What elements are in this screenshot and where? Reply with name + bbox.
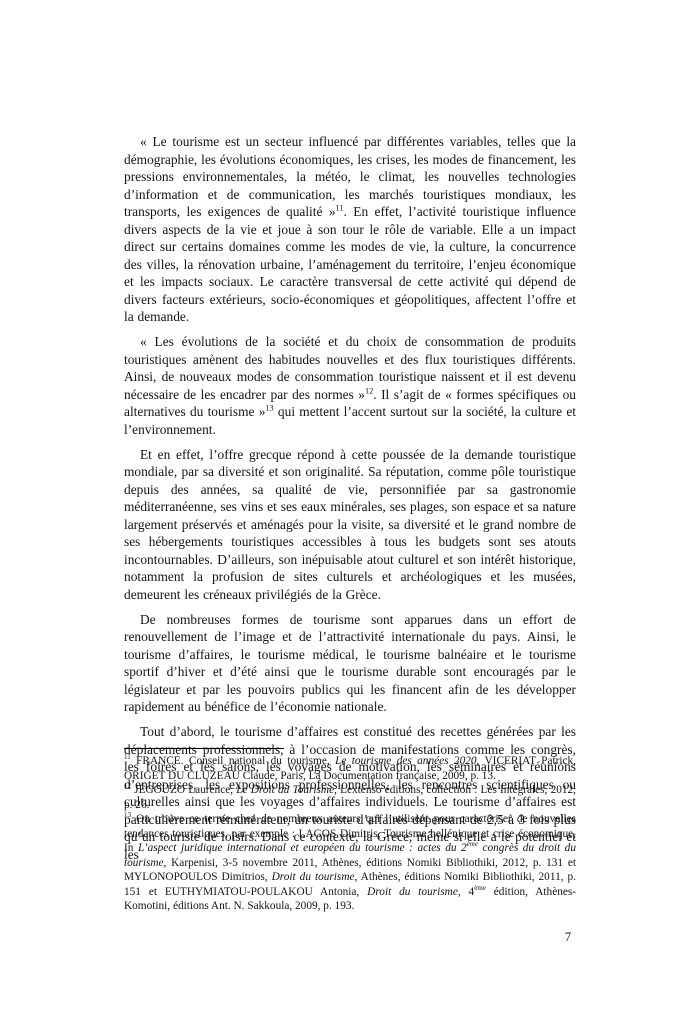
text-run: L’aspect juridique international et euro… [138, 842, 467, 854]
footnote: 11 FRANCE. Conseil national du tourisme,… [124, 754, 576, 783]
footnote-ref: 12 [124, 782, 131, 790]
text-run: Droit du tourisme [272, 871, 355, 883]
text-run: FRANCE. Conseil national du tourisme, [131, 755, 335, 767]
footnote-ref: 13 [265, 404, 273, 413]
body-paragraph: « Les évolutions de la société et du cho… [124, 333, 576, 438]
footnote-ref: 11 [124, 753, 131, 761]
text-run: JÉGOUZO Laurence, [131, 784, 236, 796]
body-paragraph: « Le tourisme est un secteur influencé p… [124, 133, 576, 326]
body-paragraph: De nombreuses formes de tourisme sont ap… [124, 611, 576, 716]
text-run: Le Droit du Tourisme [236, 784, 334, 796]
body-paragraph: Et en effet, l’offre grecque répond à ce… [124, 446, 576, 604]
page-number: 7 [556, 929, 580, 945]
text-run: . En effet, l’activité touristique influ… [124, 204, 576, 324]
text-run: , 4 [458, 886, 474, 898]
footnote-ref: ème [474, 884, 486, 892]
footnote: 12 JÉGOUZO Laurence, Le Droit du Tourism… [124, 783, 576, 812]
text-run: Droit du tourisme [367, 886, 458, 898]
footnote-ref: ème [467, 840, 478, 848]
text-run: De nombreuses formes de tourisme sont ap… [124, 612, 576, 715]
text-run: Le tourisme des années 2020 [335, 755, 476, 767]
footnote: 13 On trouve ce terme chez de nombreux a… [124, 812, 576, 914]
footnote-ref: 11 [336, 204, 344, 213]
text-run: Et en effet, l’offre grecque répond à ce… [124, 447, 576, 602]
document-page: « Le tourisme est un secteur influencé p… [0, 0, 700, 1028]
footnote-separator [124, 748, 284, 749]
footnotes-section: 11 FRANCE. Conseil national du tourisme,… [124, 754, 576, 914]
footnote-ref: 13 [124, 811, 131, 819]
